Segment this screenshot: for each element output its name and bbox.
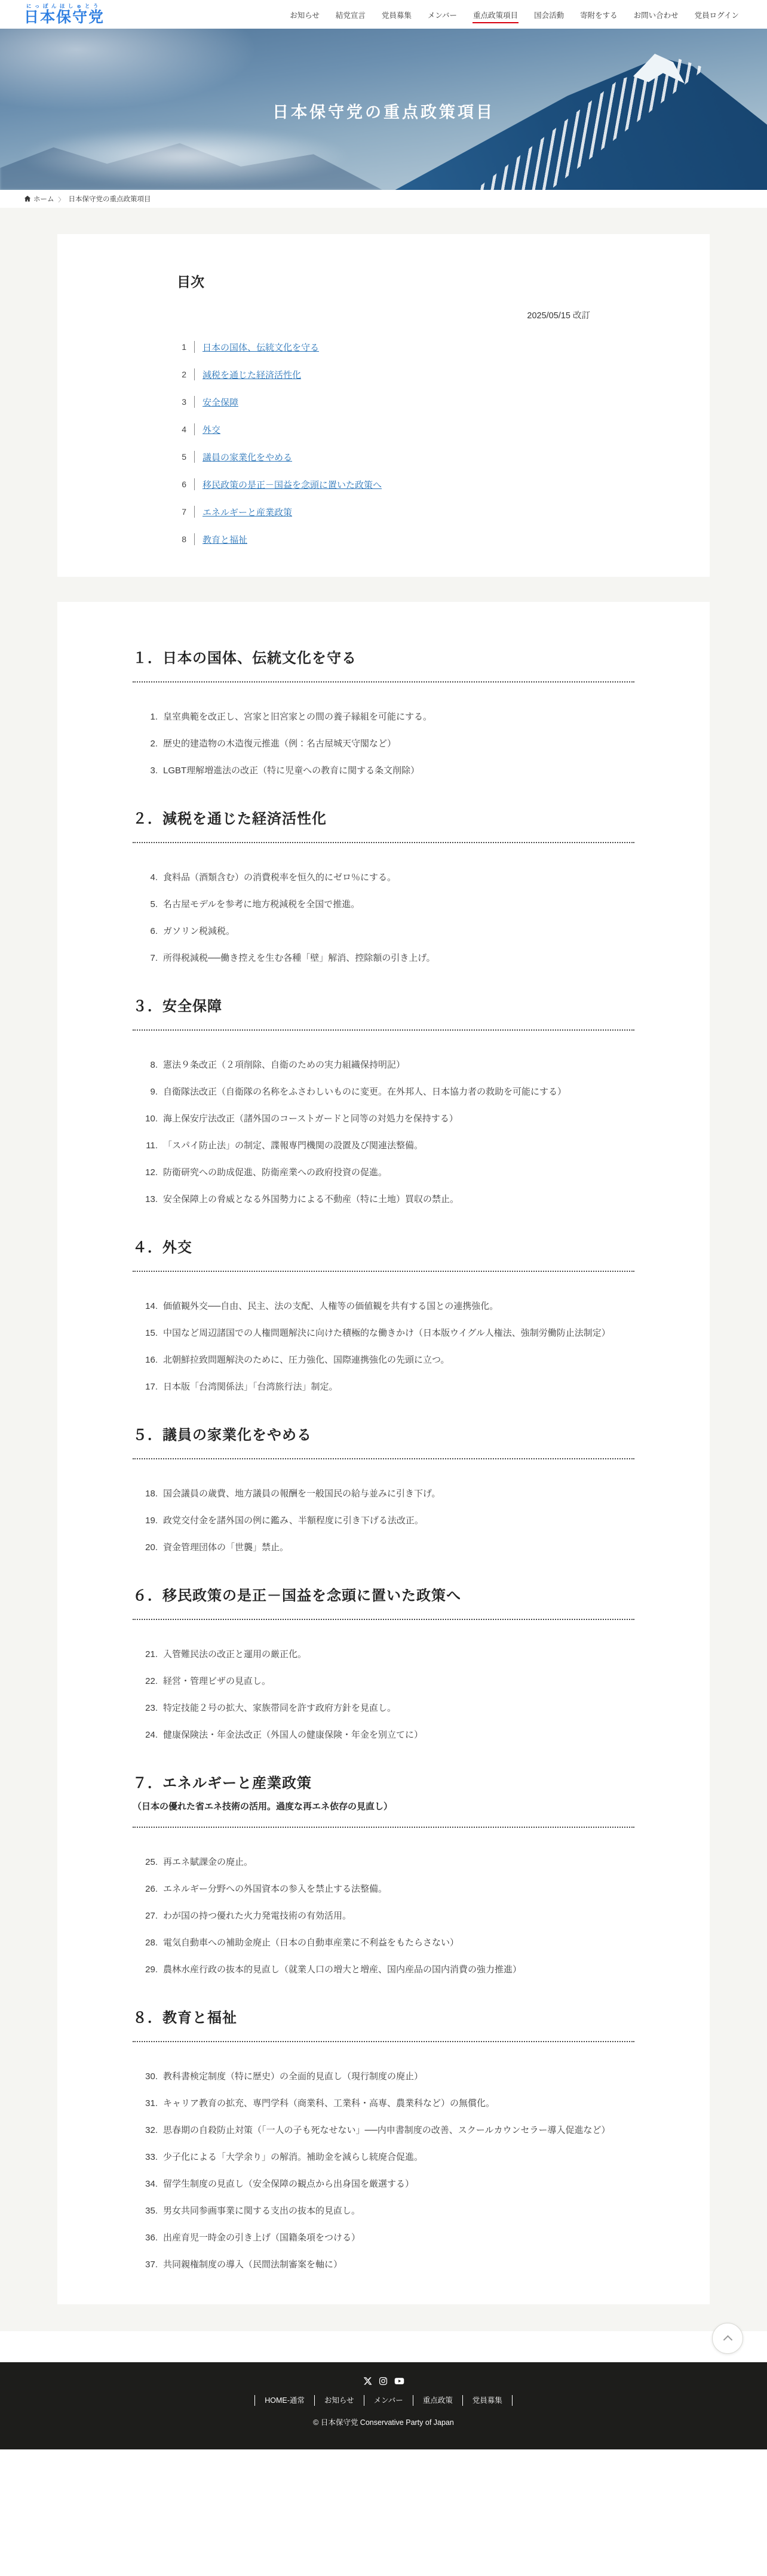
toc-item-number: 7 xyxy=(177,507,186,517)
policy-item-text: ガソリン税減税。 xyxy=(163,923,634,940)
toc-link[interactable]: 安全保障 xyxy=(203,396,238,408)
site-footer: HOME-通常お知らせメンバー重点政策党員募集 © 日本保守党 Conserva… xyxy=(0,2362,767,2449)
policy-item-number: 4. xyxy=(140,869,158,886)
toc-list: 1日本の国体、伝統文化を守る2減税を通じた経済活性化3安全保障4外交5議員の家業… xyxy=(177,340,590,546)
policy-item: 35.男女共同参画事業に関する支出の抜本的見直し。 xyxy=(140,2203,634,2220)
policy-item-text: 中国など周辺諸国での人権問題解決に向けた積極的な働きかけ（日本版ウイグル人権法、… xyxy=(163,1325,634,1342)
policy-item-text: 食料品（酒類含む）の消費税率を恒久的にゼロ％にする。 xyxy=(163,869,634,886)
policy-item-number: 8. xyxy=(140,1057,158,1074)
policy-item-text: 健康保険法・年金法改正（外国人の健康保険・年金を別立てに） xyxy=(163,1727,634,1744)
policy-section: ４．外交14.価値観外交──自由、民主、法の支配、人権等の価値観を共有する国との… xyxy=(133,1238,634,1395)
footer-link-3[interactable]: 重点政策 xyxy=(413,2395,462,2406)
nav-item-1[interactable]: 結党宣言 xyxy=(335,0,366,29)
policy-item-text: 海上保安庁法改正（諸外国のコーストガードと同等の対処力を保持する） xyxy=(163,1111,634,1127)
policy-item-number: 34. xyxy=(140,2176,158,2193)
policy-item-number: 12. xyxy=(140,1164,158,1181)
footer-link-4[interactable]: 党員募集 xyxy=(462,2395,513,2406)
policy-item: 21.入管難民法の改正と運用の厳正化。 xyxy=(140,1646,634,1663)
policy-item-text: 経営・管理ビザの見直し。 xyxy=(163,1673,634,1690)
policy-list: 1.皇室典範を改正し、宮家と旧宮家との間の養子縁組を可能にする。2.歴史的建造物… xyxy=(133,709,634,779)
policy-item-text: 所得税減税──働き控えを生む各種「壁」解消、控除額の引き上げ。 xyxy=(163,950,634,967)
toc-item-number: 1 xyxy=(177,342,186,352)
section-title: ７．エネルギーと産業政策 xyxy=(133,1773,634,1793)
policy-list: 21.入管難民法の改正と運用の厳正化。22.経営・管理ビザの見直し。23.特定技… xyxy=(133,1646,634,1744)
policy-item-number: 1. xyxy=(140,709,158,726)
toc-link[interactable]: 教育と福祉 xyxy=(203,533,247,546)
section-title: ６．移民政策の是正－国益を念頭に置いた政策へ xyxy=(133,1586,634,1606)
toc-item-number: 6 xyxy=(177,479,186,489)
scroll-to-top-button[interactable] xyxy=(712,2323,743,2354)
section-title: ３．安全保障 xyxy=(133,997,634,1016)
policy-section: ５．議員の家業化をやめる18.国会議員の歳費、地方議員の報酬を一般国民の給与並み… xyxy=(133,1425,634,1556)
policy-item: 2.歴史的建造物の木造復元推進（例：名古屋城天守閣など） xyxy=(140,736,634,752)
policy-item: 8.憲法９条改正（２項削除、自衛のための実力組織保持明記） xyxy=(140,1057,634,1074)
page: にっぽんほしゅとう 日本保守党 お知らせ結党宣言党員募集メンバー重点政策項目国会… xyxy=(0,0,767,2449)
logo-furigana: にっぽんほしゅとう xyxy=(24,4,105,9)
chevron-up-icon xyxy=(723,2335,732,2345)
policy-item-text: 留学生制度の見直し（安全保障の観点から出身国を厳選する） xyxy=(163,2176,634,2193)
section-heading: ８．教育と福祉 xyxy=(133,2008,634,2042)
footer-link-0[interactable]: HOME-通常 xyxy=(254,2395,314,2406)
policy-item-number: 23. xyxy=(140,1700,158,1717)
section-title: ５．議員の家業化をやめる xyxy=(133,1425,634,1445)
policy-item-text: 日本版「台湾関係法」「台湾旅行法」制定。 xyxy=(163,1379,634,1395)
pre-footer-spacer xyxy=(0,2331,767,2362)
policy-item-number: 33. xyxy=(140,2149,158,2166)
policy-item-text: 「スパイ防止法」の制定、諜報専門機関の設置及び関連法整備。 xyxy=(163,1138,634,1154)
section-heading: ６．移民政策の是正－国益を念頭に置いた政策へ xyxy=(133,1586,634,1620)
policy-list: 4.食料品（酒類含む）の消費税率を恒久的にゼロ％にする。5.名古屋モデルを参考に… xyxy=(133,869,634,967)
toc-item-divider xyxy=(194,478,195,490)
policy-item: 1.皇室典範を改正し、宮家と旧宮家との間の養子縁組を可能にする。 xyxy=(140,709,634,726)
policy-item-number: 5. xyxy=(140,896,158,913)
policy-item-text: 安全保障上の脅威となる外国勢力による不動産（特に土地）買収の禁止。 xyxy=(163,1191,634,1208)
policy-item: 31.キャリア教育の拡充、専門学科（商業科、工業科・高専、農業科など）の無償化。 xyxy=(140,2095,634,2112)
policy-item-text: 憲法９条改正（２項削除、自衛のための実力組織保持明記） xyxy=(163,1057,634,1074)
policy-item: 20.資金管理団体の「世襲」禁止。 xyxy=(140,1539,634,1556)
toc-item-number: 4 xyxy=(177,425,186,434)
toc-item-divider xyxy=(194,533,195,545)
toc-heading: 目次 xyxy=(177,271,590,291)
section-heading: １．日本の国体、伝統文化を守る xyxy=(133,648,634,683)
policy-item-number: 32. xyxy=(140,2122,158,2139)
policy-sections: １．日本の国体、伝統文化を守る1.皇室典範を改正し、宮家と旧宮家との間の養子縁組… xyxy=(57,602,710,2304)
policy-item-text: エネルギー分野への外国資本の参入を禁止する法整備。 xyxy=(163,1881,634,1898)
policy-item-number: 26. xyxy=(140,1881,158,1898)
policy-item-number: 29. xyxy=(140,1962,158,1978)
page-title: 日本保守党の重点政策項目 xyxy=(0,99,767,122)
breadcrumb-home-link[interactable]: ホーム xyxy=(24,194,54,204)
policy-item: 4.食料品（酒類含む）の消費税率を恒久的にゼロ％にする。 xyxy=(140,869,634,886)
policy-item-number: 31. xyxy=(140,2095,158,2112)
bottom-spacer xyxy=(0,2304,767,2331)
policy-item-number: 16. xyxy=(140,1352,158,1369)
toc-link[interactable]: 日本の国体、伝統文化を守る xyxy=(203,341,319,353)
policy-section: ８．教育と福祉30.教科書検定制度（特に歴史）の全面的見直し（現行制度の廃止）3… xyxy=(133,2008,634,2273)
policy-item: 25.再エネ賦課金の廃止。 xyxy=(140,1854,634,1871)
toc-item-divider xyxy=(194,451,195,463)
policy-item: 37.共同親権制度の導入（民間法制審案を軸に） xyxy=(140,2257,634,2273)
policy-item: 10.海上保安庁法改正（諸外国のコーストガードと同等の対処力を保持する） xyxy=(140,1111,634,1127)
policy-item: 16.北朝鮮拉致問題解決のために、圧力強化、国際連携強化の先頭に立つ。 xyxy=(140,1352,634,1369)
policy-item-text: キャリア教育の拡充、専門学科（商業科、工業科・高専、農業科など）の無償化。 xyxy=(163,2095,634,2112)
toc-link[interactable]: 移民政策の是正－国益を念頭に置いた政策へ xyxy=(203,478,382,491)
section-title: ４．外交 xyxy=(133,1238,634,1258)
policy-item-text: 出産育児一時金の引き上げ（国籍条項をつける） xyxy=(163,2230,634,2246)
policy-section: ３．安全保障8.憲法９条改正（２項削除、自衛のための実力組織保持明記）9.自衛隊… xyxy=(133,997,634,1208)
section-heading: ５．議員の家業化をやめる xyxy=(133,1425,634,1459)
policy-item: 22.経営・管理ビザの見直し。 xyxy=(140,1673,634,1690)
policy-item-number: 19. xyxy=(140,1513,158,1529)
policy-item-number: 37. xyxy=(140,2257,158,2273)
policy-item-number: 11. xyxy=(140,1138,158,1154)
breadcrumb-current: 日本保守党の重点政策項目 xyxy=(69,194,151,204)
policy-item-text: わが国の持つ優れた火力発電技術の有効活用。 xyxy=(163,1908,634,1925)
policy-item-text: 歴史的建造物の木造復元推進（例：名古屋城天守閣など） xyxy=(163,736,634,752)
x-icon xyxy=(363,2377,372,2386)
policy-item-text: 男女共同参画事業に関する支出の抜本的見直し。 xyxy=(163,2203,634,2220)
policy-item: 6.ガソリン税減税。 xyxy=(140,923,634,940)
policy-item-text: 共同親権制度の導入（民間法制審案を軸に） xyxy=(163,2257,634,2273)
policy-item-text: 名古屋モデルを参考に地方税減税を全国で推進。 xyxy=(163,896,634,913)
section-subtitle: （日本の優れた省エネ技術の活用。過度な再エネ依存の見直し） xyxy=(133,1800,634,1813)
policy-item-number: 35. xyxy=(140,2203,158,2220)
policy-item-text: 少子化による「大学余り」の解消。補助金を減らし統廃合促進。 xyxy=(163,2149,634,2166)
policy-item: 34.留学生制度の見直し（安全保障の観点から出身国を厳選する） xyxy=(140,2176,634,2193)
policy-item-number: 7. xyxy=(140,950,158,967)
footer-nav: HOME-通常お知らせメンバー重点政策党員募集 xyxy=(0,2395,767,2406)
policy-item-text: 入管難民法の改正と運用の厳正化。 xyxy=(163,1646,634,1663)
policy-item-number: 15. xyxy=(140,1325,158,1342)
policy-item-text: 自衛隊法改正（自衛隊の名称をふさわしいものに変更。在外邦人、日本協力者の救助を可… xyxy=(163,1084,634,1101)
policy-item-number: 6. xyxy=(140,923,158,940)
policy-item-number: 25. xyxy=(140,1854,158,1871)
policy-item: 5.名古屋モデルを参考に地方税減税を全国で推進。 xyxy=(140,896,634,913)
youtube-social-link[interactable] xyxy=(394,2377,404,2386)
section-gap xyxy=(0,577,767,602)
breadcrumb-home-label: ホーム xyxy=(33,194,54,204)
x-social-link[interactable] xyxy=(363,2377,372,2386)
policy-list: 18.国会議員の歳費、地方議員の報酬を一般国民の給与並みに引き下げ。19.政党交… xyxy=(133,1486,634,1556)
toc-item-number: 5 xyxy=(177,452,186,462)
policy-item-text: 防衛研究への助成促進、防衛産業への政府投資の促進。 xyxy=(163,1164,634,1181)
toc-item: 7エネルギーと産業政策 xyxy=(177,505,590,518)
toc-item-number: 2 xyxy=(177,370,186,379)
policy-item-number: 14. xyxy=(140,1298,158,1315)
section-title: ８．教育と福祉 xyxy=(133,2008,634,2028)
nav-item-4[interactable]: 重点政策項目 xyxy=(473,0,519,29)
breadcrumb-separator: 〉 xyxy=(59,195,65,204)
nav-item-0[interactable]: お知らせ xyxy=(289,0,320,29)
policy-item: 14.価値観外交──自由、民主、法の支配、人権等の価値観を共有する国との連携強化… xyxy=(140,1298,634,1315)
policy-item-number: 21. xyxy=(140,1646,158,1663)
policy-item-text: LGBT理解増進法の改正（特に児童への教育に関する条文削除） xyxy=(163,763,634,779)
toc-item: 3安全保障 xyxy=(177,395,590,408)
policy-item: 3.LGBT理解増進法の改正（特に児童への教育に関する条文削除） xyxy=(140,763,634,779)
policy-item: 15.中国など周辺諸国での人権問題解決に向けた積極的な働きかけ（日本版ウイグル人… xyxy=(140,1325,634,1342)
policy-item: 17.日本版「台湾関係法」「台湾旅行法」制定。 xyxy=(140,1379,634,1395)
section-heading: ７．エネルギーと産業政策（日本の優れた省エネ技術の活用。過度な再エネ依存の見直し… xyxy=(133,1773,634,1828)
toc-item-divider xyxy=(194,396,195,408)
policy-item: 36.出産育児一時金の引き上げ（国籍条項をつける） xyxy=(140,2230,634,2246)
footer-link-2[interactable]: メンバー xyxy=(364,2395,413,2406)
toc-item-divider xyxy=(194,423,195,435)
policy-item-text: 再エネ賦課金の廃止。 xyxy=(163,1854,634,1871)
policy-section: ２．減税を通じた経済活性化4.食料品（酒類含む）の消費税率を恒久的にゼロ％にする… xyxy=(133,809,634,967)
toc-item: 2減税を通じた経済活性化 xyxy=(177,368,590,381)
header-nav: お知らせ結党宣言党員募集メンバー重点政策項目国会活動寄附をするお問い合わせ党員ロ… xyxy=(289,0,740,29)
policy-item-text: 皇室典範を改正し、宮家と旧宮家との間の養子縁組を可能にする。 xyxy=(163,709,634,726)
section-title: ２．減税を通じた経済活性化 xyxy=(133,809,634,829)
policy-item-number: 30. xyxy=(140,2068,158,2085)
policy-item: 24.健康保険法・年金法改正（外国人の健康保険・年金を別立てに） xyxy=(140,1727,634,1744)
policy-item: 30.教科書検定制度（特に歴史）の全面的見直し（現行制度の廃止） xyxy=(140,2068,634,2085)
instagram-social-link[interactable] xyxy=(379,2377,388,2386)
policy-item-number: 10. xyxy=(140,1111,158,1127)
policy-item-text: 資金管理団体の「世襲」禁止。 xyxy=(163,1539,634,1556)
section-title: １．日本の国体、伝統文化を守る xyxy=(133,648,634,668)
policy-list: 30.教科書検定制度（特に歴史）の全面的見直し（現行制度の廃止）31.キャリア教… xyxy=(133,2068,634,2273)
policy-list: 25.再エネ賦課金の廃止。26.エネルギー分野への外国資本の参入を禁止する法整備… xyxy=(133,1854,634,1978)
toc-link[interactable]: エネルギーと産業政策 xyxy=(203,506,292,518)
main-content: 目次 2025/05/15 改訂 1日本の国体、伝統文化を守る2減税を通じた経済… xyxy=(0,208,767,2331)
nav-item-6[interactable]: 寄附をする xyxy=(579,0,618,29)
policy-item: 32.思春期の自殺防止対策（「一人の子も死なせない」──内申書制度の改善、スクー… xyxy=(140,2122,634,2139)
policy-item: 29.農林水産行政の抜本的見直し（就業人口の増大と増産、国内産品の国内消費の強力… xyxy=(140,1962,634,1978)
party-logo[interactable]: にっぽんほしゅとう 日本保守党 xyxy=(24,4,105,25)
section-heading: ４．外交 xyxy=(133,1238,634,1272)
policy-item-number: 36. xyxy=(140,2230,158,2246)
policy-item: 13.安全保障上の脅威となる外国勢力による不動産（特に土地）買収の禁止。 xyxy=(140,1191,634,1208)
policy-list: 8.憲法９条改正（２項削除、自衛のための実力組織保持明記）9.自衛隊法改正（自衛… xyxy=(133,1057,634,1208)
toc-item-number: 3 xyxy=(177,397,186,407)
footer-copyright: © 日本保守党 Conservative Party of Japan xyxy=(0,2417,767,2427)
policy-item-text: 思春期の自殺防止対策（「一人の子も死なせない」──内申書制度の改善、スクールカウ… xyxy=(163,2122,634,2139)
nav-item-3[interactable]: メンバー xyxy=(427,0,458,29)
policy-item-number: 28. xyxy=(140,1935,158,1951)
policy-item: 9.自衛隊法改正（自衛隊の名称をふさわしいものに変更。在外邦人、日本協力者の救助… xyxy=(140,1084,634,1101)
toc-item: 1日本の国体、伝統文化を守る xyxy=(177,340,590,353)
youtube-icon xyxy=(394,2377,404,2386)
toc-item-divider xyxy=(194,368,195,380)
site-header: にっぽんほしゅとう 日本保守党 お知らせ結党宣言党員募集メンバー重点政策項目国会… xyxy=(0,0,767,29)
policy-item-text: 北朝鮮拉致問題解決のために、圧力強化、国際連携強化の先頭に立つ。 xyxy=(163,1352,634,1369)
home-icon xyxy=(24,195,31,202)
policy-item-number: 20. xyxy=(140,1539,158,1556)
toc-item: 8教育と福祉 xyxy=(177,533,590,546)
policy-section: ６．移民政策の是正－国益を念頭に置いた政策へ21.入管難民法の改正と運用の厳正化… xyxy=(133,1586,634,1744)
policy-item-text: 政党交付金を諸外国の例に鑑み、半額程度に引き下げる法改正。 xyxy=(163,1513,634,1529)
breadcrumb: ホーム 〉 日本保守党の重点政策項目 xyxy=(0,190,767,208)
toc-link[interactable]: 減税を通じた経済活性化 xyxy=(203,368,301,381)
policy-item-number: 2. xyxy=(140,736,158,752)
policy-item-number: 3. xyxy=(140,763,158,779)
policy-section: ７．エネルギーと産業政策（日本の優れた省エネ技術の活用。過度な再エネ依存の見直し… xyxy=(133,1773,634,1978)
policy-item-text: 電気自動車への補助金廃止（日本の自動車産業に不利益をもたらさない） xyxy=(163,1935,634,1951)
policy-item-number: 24. xyxy=(140,1727,158,1744)
policy-item-number: 17. xyxy=(140,1379,158,1395)
toc-item-divider xyxy=(194,506,195,518)
section-heading: ２．減税を通じた経済活性化 xyxy=(133,809,634,843)
policy-item: 11.「スパイ防止法」の制定、諜報専門機関の設置及び関連法整備。 xyxy=(140,1138,634,1154)
nav-item-2[interactable]: 党員募集 xyxy=(381,0,412,29)
nav-item-5[interactable]: 国会活動 xyxy=(533,0,564,29)
policy-item-number: 27. xyxy=(140,1908,158,1925)
toc-revision-date: 2025/05/15 改訂 xyxy=(177,309,590,321)
nav-item-8[interactable]: 党員ログイン xyxy=(694,0,740,29)
policy-item: 7.所得税減税──働き控えを生む各種「壁」解消、控除額の引き上げ。 xyxy=(140,950,634,967)
instagram-icon xyxy=(379,2377,388,2386)
policy-section: １．日本の国体、伝統文化を守る1.皇室典範を改正し、宮家と旧宮家との間の養子縁組… xyxy=(133,648,634,779)
toc-item: 6移民政策の是正－国益を念頭に置いた政策へ xyxy=(177,478,590,491)
section-heading: ３．安全保障 xyxy=(133,997,634,1031)
policy-item-number: 18. xyxy=(140,1486,158,1502)
hero-haze-decoration xyxy=(18,127,352,186)
policy-item: 26.エネルギー分野への外国資本の参入を禁止する法整備。 xyxy=(140,1881,634,1898)
policy-item-number: 22. xyxy=(140,1673,158,1690)
logo-text: 日本保守党 xyxy=(24,10,105,25)
policy-item-number: 9. xyxy=(140,1084,158,1101)
toc-item: 4外交 xyxy=(177,423,590,436)
policy-item-number: 13. xyxy=(140,1191,158,1208)
toc-card: 目次 2025/05/15 改訂 1日本の国体、伝統文化を守る2減税を通じた経済… xyxy=(57,234,710,577)
hero-banner: 日本保守党の重点政策項目 xyxy=(0,29,767,190)
toc-link[interactable]: 外交 xyxy=(203,423,220,436)
policy-item-text: 教科書検定制度（特に歴史）の全面的見直し（現行制度の廃止） xyxy=(163,2068,634,2085)
footer-social xyxy=(0,2377,767,2386)
policy-item-text: 特定技能２号の拡大、家族帯同を許す政府方針を見直し。 xyxy=(163,1700,634,1717)
policy-item: 27.わが国の持つ優れた火力発電技術の有効活用。 xyxy=(140,1908,634,1925)
footer-link-1[interactable]: お知らせ xyxy=(314,2395,364,2406)
policy-item: 33.少子化による「大学余り」の解消。補助金を減らし統廃合促進。 xyxy=(140,2149,634,2166)
nav-item-7[interactable]: お問い合わせ xyxy=(633,0,679,29)
toc-item-divider xyxy=(194,341,195,353)
toc-item-number: 8 xyxy=(177,534,186,544)
policy-item: 12.防衛研究への助成促進、防衛産業への政府投資の促進。 xyxy=(140,1164,634,1181)
policy-item-text: 国会議員の歳費、地方議員の報酬を一般国民の給与並みに引き下げ。 xyxy=(163,1486,634,1502)
policy-item: 23.特定技能２号の拡大、家族帯同を許す政府方針を見直し。 xyxy=(140,1700,634,1717)
policy-item: 18.国会議員の歳費、地方議員の報酬を一般国民の給与並みに引き下げ。 xyxy=(140,1486,634,1502)
policy-item-text: 価値観外交──自由、民主、法の支配、人権等の価値観を共有する国との連携強化。 xyxy=(163,1298,634,1315)
toc-item: 5議員の家業化をやめる xyxy=(177,450,590,463)
policy-item: 19.政党交付金を諸外国の例に鑑み、半額程度に引き下げる法改正。 xyxy=(140,1513,634,1529)
policy-item-text: 農林水産行政の抜本的見直し（就業人口の増大と増産、国内産品の国内消費の強力推進） xyxy=(163,1962,634,1978)
policy-item: 28.電気自動車への補助金廃止（日本の自動車産業に不利益をもたらさない） xyxy=(140,1935,634,1951)
policy-list: 14.価値観外交──自由、民主、法の支配、人権等の価値観を共有する国との連携強化… xyxy=(133,1298,634,1395)
toc-link[interactable]: 議員の家業化をやめる xyxy=(203,451,292,463)
